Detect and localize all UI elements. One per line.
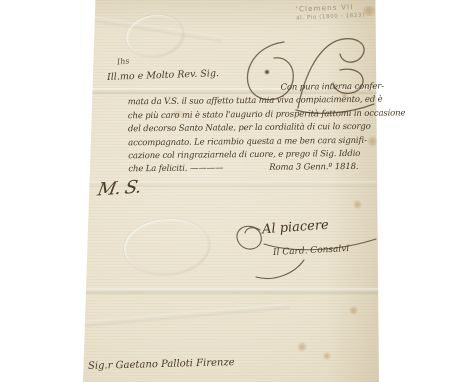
blind-embossed-seal [121,215,213,279]
scan-canvas: 'Clemens VII al. Pio (1800 - 1823) Ihs I… [0,0,468,382]
invocation-mark: Ihs [117,56,130,66]
dateline: Roma 3 Genn.º 1818. [269,161,358,175]
closing-phrase: che La feliciti. ———— [128,163,223,177]
body-line: che La feliciti. ———— Roma 3 Genn.º 1818… [128,161,374,177]
foxing-spot [297,342,307,352]
blind-embossed-seal [122,10,188,62]
letter-body: Con pura interna confer- mata da V.S. il… [128,81,375,177]
ink-blot [265,70,269,74]
pencil-annotation: 'Clemens VII al. Pio (1800 - 1823) [296,3,365,22]
foxing-spot [323,352,331,360]
pencil-line-1: 'Clemens VII [296,3,365,14]
monogram: M. S. [96,177,143,201]
fold-crease [83,288,379,295]
fold-crease [83,303,290,328]
foxing-spot [353,200,362,209]
foxing-spot [349,306,358,315]
